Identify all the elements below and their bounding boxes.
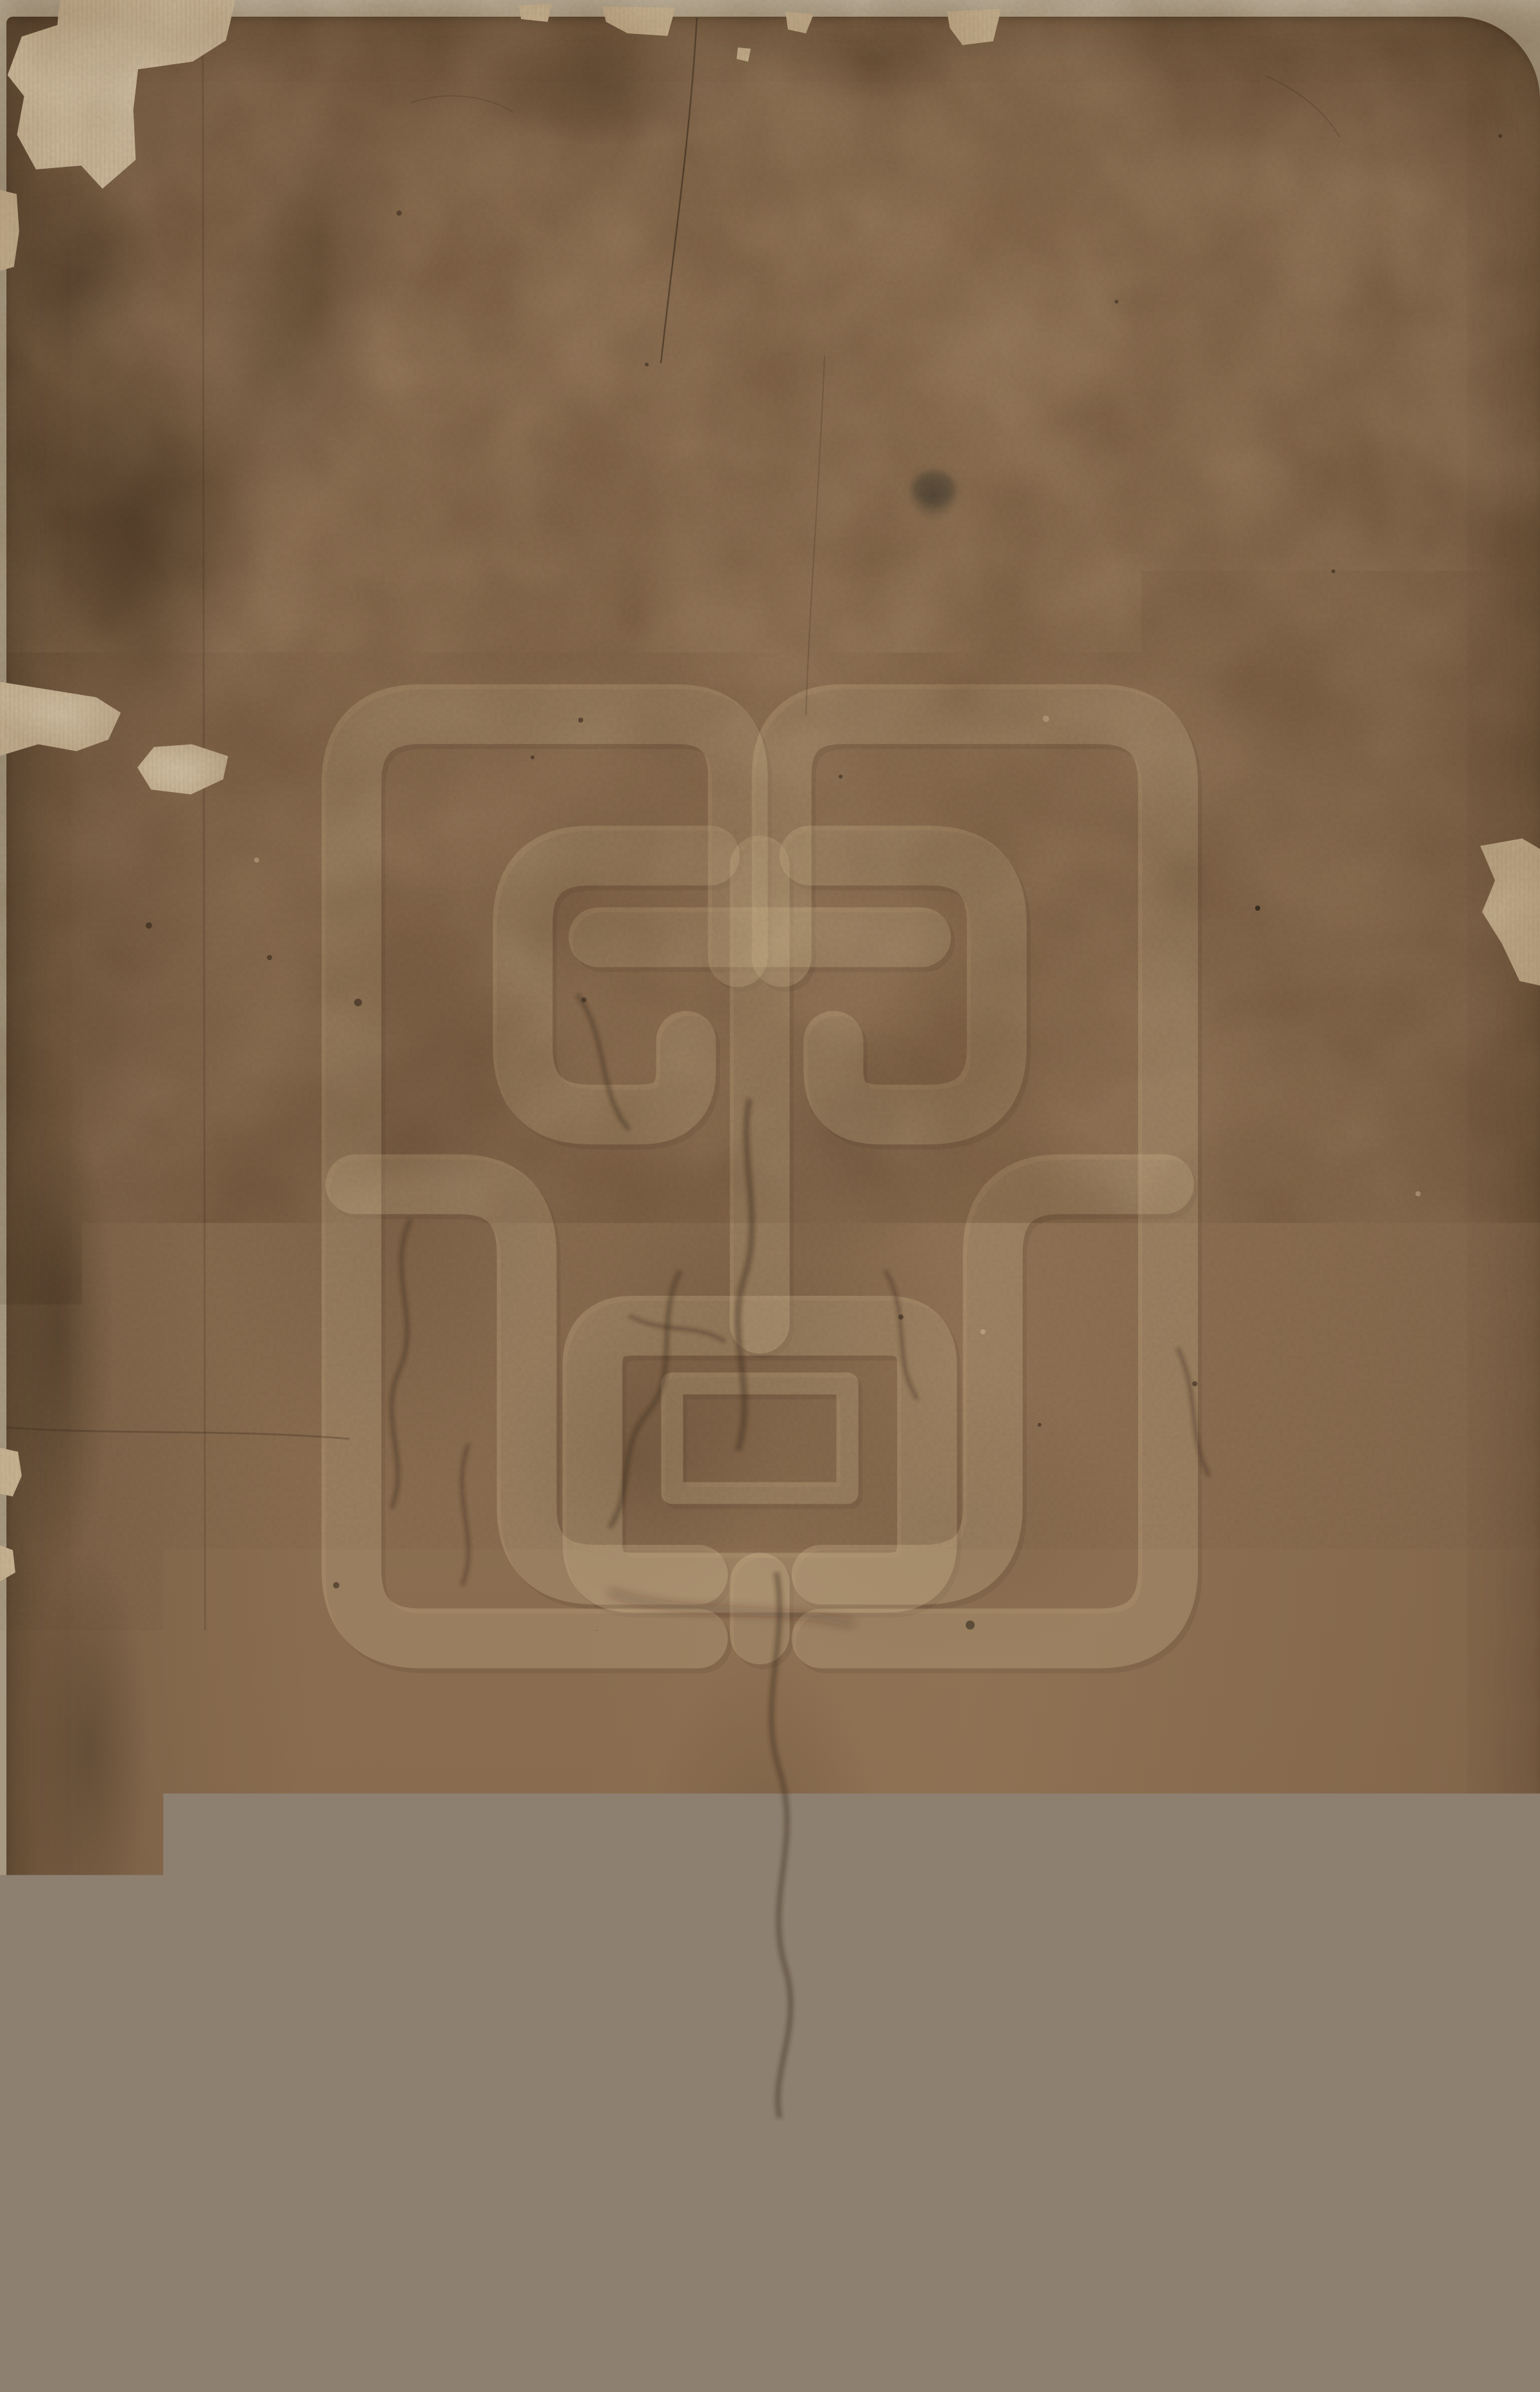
- library-seal-watermark-icon: [262, 626, 1258, 1717]
- scan-page: [0, 0, 1540, 2392]
